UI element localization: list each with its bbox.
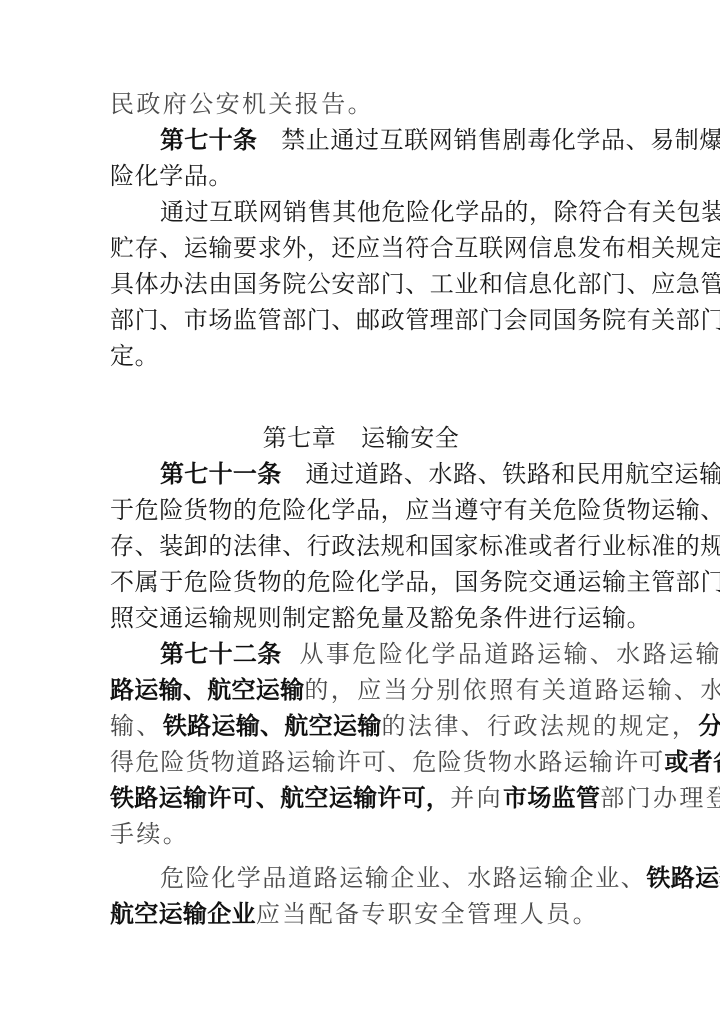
article-line: 不属于危险货物的危险化学品，国务院交通运输主管部门按 <box>110 564 612 600</box>
text: 部门办理登记 <box>600 784 720 812</box>
article-71: 第七十一条通过道路、水路、铁路和民用航空运输属 于危险货物的危险化学品，应当遵守… <box>110 456 612 636</box>
amended-text: 分别 <box>698 712 720 740</box>
article-line: 第七十二条从事危险化学品道路运输、水路运输、铁 <box>110 636 612 672</box>
article-line: 手续。 <box>110 816 612 852</box>
amended-text: 路运输、航空运输 <box>110 676 304 704</box>
text: 通过道路、水路、铁路和民用航空运输属 <box>306 460 720 488</box>
article-line: 第七十一条通过道路、水路、铁路和民用航空运输属 <box>110 456 612 492</box>
article-heading: 第七十条 <box>160 126 257 154</box>
article-line: 输、铁路运输、航空运输的法律、行政法规的规定，分别取 <box>110 708 612 744</box>
article-line: 照交通运输规则制定豁免量及豁免条件进行运输。 <box>110 600 612 636</box>
text: 并向 <box>450 784 503 812</box>
article-heading: 第七十一条 <box>160 460 282 488</box>
article-line: 部门、市场监管部门、邮政管理部门会同国务院有关部门制 <box>110 302 612 338</box>
article-70-paragraph-2: 通过互联网销售其他危险化学品的，除符合有关包装、 贮存、运输要求外，还应当符合互… <box>110 194 612 374</box>
text: 输、 <box>110 712 163 740</box>
amended-text: 或者备案、 <box>664 748 720 776</box>
article-line: 于危险货物的危险化学品，应当遵守有关危险货物运输、储 <box>110 492 612 528</box>
article-line: 存、装卸的法律、行政法规和国家标准或者行业标准的规定； <box>110 528 612 564</box>
article-line: 第七十条禁止通过互联网销售剧毒化学品、易制爆危 <box>110 122 612 158</box>
document-page: 民政府公安机关报告。 第七十条禁止通过互联网销售剧毒化学品、易制爆危 险化学品。… <box>110 86 612 932</box>
article-line: 定。 <box>110 338 612 374</box>
chapter-title: 第七章 运输安全 <box>110 420 612 456</box>
text: 危险化学品道路运输企业、水路运输企业、 <box>160 864 646 892</box>
text: 应当配备专职安全管理人员。 <box>256 900 599 928</box>
amended-text: 铁路运输、航空运输 <box>163 712 382 740</box>
text: 禁止通过互联网销售剧毒化学品、易制爆危 <box>281 126 720 154</box>
article-line: 危险化学品道路运输企业、水路运输企业、铁路运输、 <box>110 860 612 896</box>
spacer <box>110 852 612 860</box>
article-line: 具体办法由国务院公安部门、工业和信息化部门、应急管理 <box>110 266 612 302</box>
article-line: 险化学品。 <box>110 158 612 194</box>
text: 的，应当分别依照有关道路运输、水路运 <box>304 676 720 704</box>
text: 的法律、行政法规的规定， <box>382 712 699 740</box>
text: 得危险货物道路运输许可、危险货物水路运输许可 <box>110 748 664 776</box>
amended-text: 铁路运输、 <box>646 864 720 892</box>
article-70: 第七十条禁止通过互联网销售剧毒化学品、易制爆危 险化学品。 <box>110 122 612 194</box>
article-line: 铁路运输许可、航空运输许可，并向市场监管部门办理登记 <box>110 780 612 816</box>
article-heading: 第七十二条 <box>160 640 282 668</box>
amended-text: 铁路运输许可、航空运输许可， <box>110 784 450 812</box>
article-line: 通过互联网销售其他危险化学品的，除符合有关包装、 <box>110 194 612 230</box>
article-72-paragraph-2: 危险化学品道路运输企业、水路运输企业、铁路运输、 航空运输企业应当配备专职安全管… <box>110 860 612 932</box>
amended-text: 市场监管 <box>503 784 600 812</box>
article-72: 第七十二条从事危险化学品道路运输、水路运输、铁 路运输、航空运输的，应当分别依照… <box>110 636 612 852</box>
article-line: 贮存、运输要求外，还应当符合互联网信息发布相关规定。 <box>110 230 612 266</box>
spacer <box>110 374 612 420</box>
article-line: 得危险货物道路运输许可、危险货物水路运输许可或者备案、 <box>110 744 612 780</box>
text: 民政府公安机关报告。 <box>110 90 374 118</box>
article-line: 路运输、航空运输的，应当分别依照有关道路运输、水路运 <box>110 672 612 708</box>
text: 从事危险化学品道路运输、水路运输、 <box>300 640 720 668</box>
article-line: 航空运输企业应当配备专职安全管理人员。 <box>110 896 612 932</box>
amended-text: 航空运输企业 <box>110 900 256 928</box>
paragraph-continuation: 民政府公安机关报告。 <box>110 86 612 122</box>
